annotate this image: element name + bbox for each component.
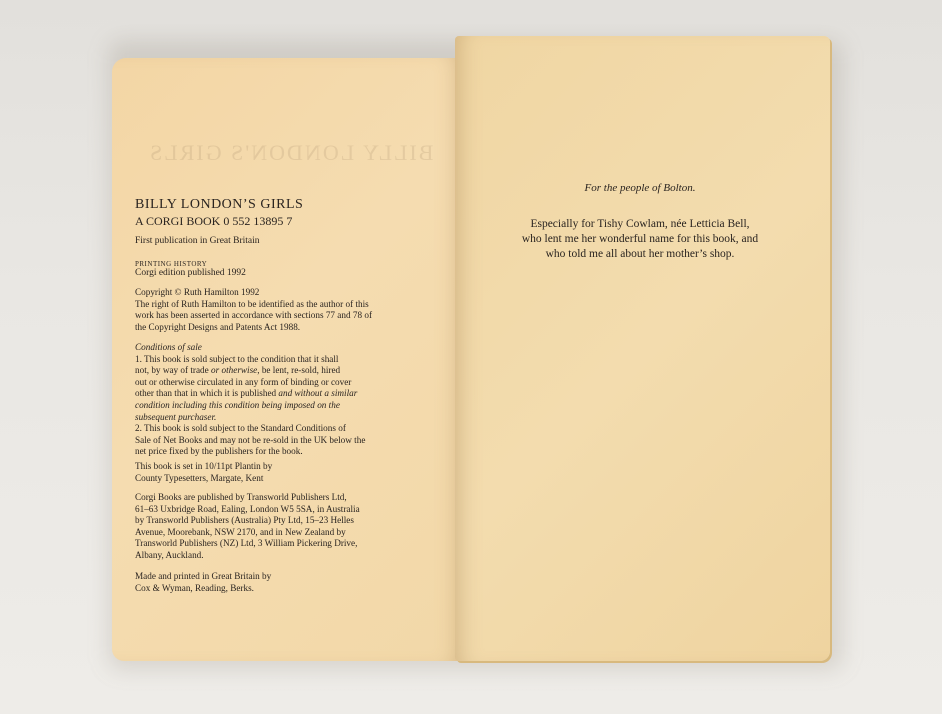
condition-line: net price fixed by the publishers for th… bbox=[135, 446, 420, 458]
dedication-heading: For the people of Bolton. bbox=[490, 182, 790, 194]
publisher-line: Corgi Books are published by Transworld … bbox=[135, 492, 420, 504]
condition-line: out or otherwise circulated in any form … bbox=[135, 377, 420, 389]
condition-line: condition including this condition being… bbox=[135, 400, 420, 412]
condition-line: other than that in which it is published… bbox=[135, 388, 420, 400]
dedication-line: who told me all about her mother’s shop. bbox=[490, 247, 790, 262]
printing-history-line: Corgi edition published 1992 bbox=[135, 268, 420, 280]
condition-text: other than that in which it is published bbox=[135, 388, 278, 398]
dedication-line: who lent me her wonderful name for this … bbox=[490, 232, 790, 247]
first-publication: First publication in Great Britain bbox=[135, 236, 420, 248]
copyright-line: the Copyright Designs and Patents Act 19… bbox=[135, 322, 420, 334]
book-title: BILLY LONDON’S GIRLS bbox=[135, 196, 420, 213]
printer-line: Made and printed in Great Britain by bbox=[135, 571, 420, 583]
publisher-line: Albany, Auckland. bbox=[135, 550, 420, 562]
condition-text-italic: or otherwise bbox=[211, 365, 257, 375]
conditions-heading: Conditions of sale bbox=[135, 342, 420, 354]
publishers-info: Corgi Books are published by Transworld … bbox=[135, 492, 420, 562]
dedication-line: Especially for Tishy Cowlam, née Lettici… bbox=[490, 217, 790, 232]
condition-line: subsequent purchaser. bbox=[135, 412, 420, 424]
condition-text: not, by way of trade bbox=[135, 365, 211, 375]
publisher-line: Transworld Publishers (NZ) Ltd, 3 Willia… bbox=[135, 538, 420, 550]
publisher-line: by Transworld Publishers (Australia) Pty… bbox=[135, 515, 420, 527]
printer-line: Cox & Wyman, Reading, Berks. bbox=[135, 583, 420, 595]
copyright-notice: Copyright © Ruth Hamilton 1992 The right… bbox=[135, 287, 420, 333]
dedication-body: Especially for Tishy Cowlam, née Lettici… bbox=[490, 217, 790, 262]
copyright-line: work has been asserted in accordance wit… bbox=[135, 310, 420, 322]
condition-line: not, by way of trade or otherwise, be le… bbox=[135, 365, 420, 377]
printer-info: Made and printed in Great Britain by Cox… bbox=[135, 571, 420, 594]
show-through-title: BILLY LONDON'S GIRLS bbox=[148, 140, 433, 166]
condition-line: Sale of Net Books and may not be re-sold… bbox=[135, 435, 420, 447]
typesetting-note: This book is set in 10/11pt Plantin by C… bbox=[135, 461, 420, 484]
condition-text: , be lent, re-sold, hired bbox=[257, 365, 340, 375]
copyright-line: The right of Ruth Hamilton to be identif… bbox=[135, 299, 420, 311]
publisher-isbn-line: A CORGI BOOK 0 552 13895 7 bbox=[135, 214, 420, 229]
condition-line: 1. This book is sold subject to the cond… bbox=[135, 354, 420, 366]
copyright-line: Copyright © Ruth Hamilton 1992 bbox=[135, 287, 420, 299]
typeset-line: This book is set in 10/11pt Plantin by bbox=[135, 461, 420, 473]
publisher-line: Avenue, Moorebank, NSW 2170, and in New … bbox=[135, 527, 420, 539]
condition-text-italic: and without a similar bbox=[278, 388, 357, 398]
publisher-line: 61–63 Uxbridge Road, Ealing, London W5 5… bbox=[135, 504, 420, 516]
typeset-line: County Typesetters, Margate, Kent bbox=[135, 473, 420, 485]
conditions-of-sale: Conditions of sale 1. This book is sold … bbox=[135, 342, 420, 458]
right-page bbox=[455, 36, 830, 661]
condition-line: 2. This book is sold subject to the Stan… bbox=[135, 423, 420, 435]
